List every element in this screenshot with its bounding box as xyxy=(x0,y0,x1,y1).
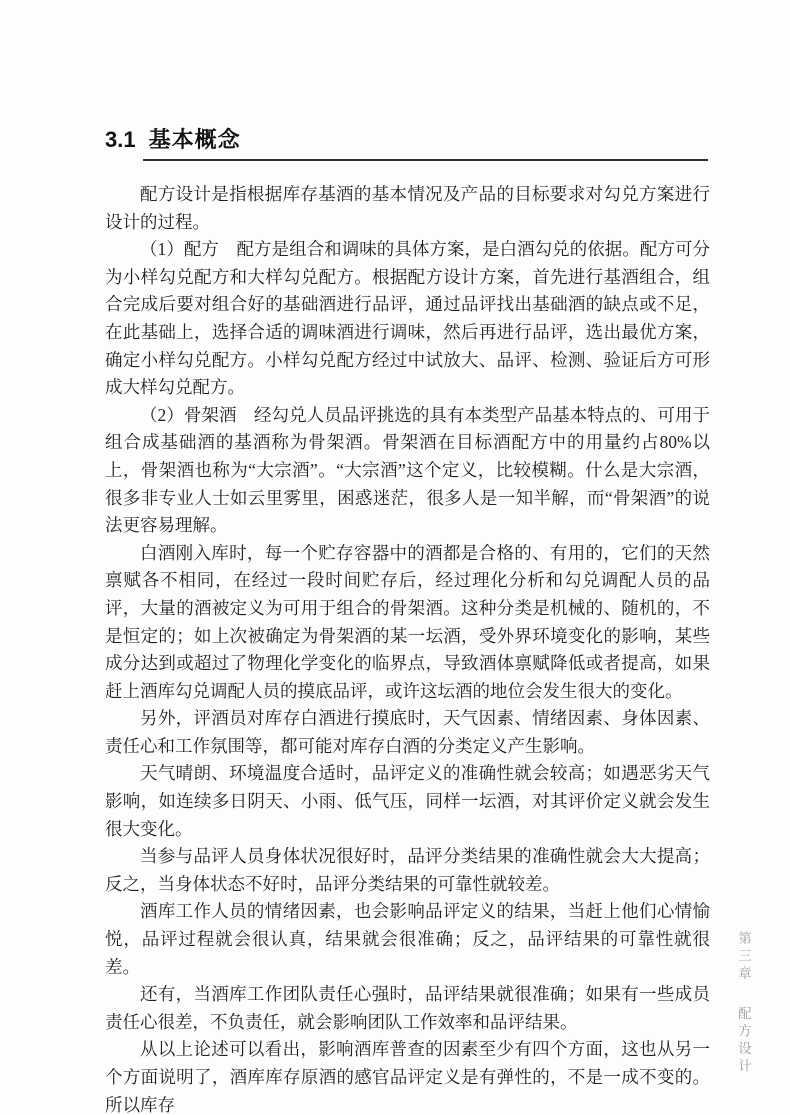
section-heading: 3.1基本概念 xyxy=(105,127,241,153)
paragraph-recipe: （1）配方 配方是组合和调味的具体方案，是白酒勾兑的依据。配方可分为小样勾兑配方… xyxy=(105,236,710,402)
book-page: 3.1基本概念 配方设计是指根据库存基酒的基本情况及产品的目标要求对勾兑方案进行… xyxy=(0,0,790,1115)
sidebar-chapter-number: 第三章 xyxy=(736,931,751,984)
paragraph-skeleton-liquor: （2）骨架酒 经勾兑人员品评挑选的具有本类型产品基本特点的、可用于组合成基础酒的… xyxy=(105,402,710,540)
paragraph-weather: 天气晴朗、环境温度合适时，品评定义的准确性就会较高；如遇恶劣天气影响，如连续多日… xyxy=(105,760,710,843)
paragraph-mood: 酒库工作人员的情绪因素，也会影响品评定义的结果，当赶上他们心情愉悦，品评过程就会… xyxy=(105,898,710,981)
chapter-sidebar: 第三章 配方设计 xyxy=(733,931,753,1076)
section-number: 3.1 xyxy=(105,127,136,152)
paragraph-storage: 白酒刚入库时，每一个贮存容器中的酒都是合格的、有用的，它们的天然禀赋各不相同，在… xyxy=(105,540,710,706)
paragraph-conclusion: 从以上论述可以看出，影响酒库普查的因素至少有四个方面，这也从另一个方面说明了，酒… xyxy=(105,1036,710,1115)
heading-rule xyxy=(143,159,708,161)
paragraph-intro: 配方设计是指根据库存基酒的基本情况及产品的目标要求对勾兑方案进行设计的过程。 xyxy=(105,181,710,236)
paragraph-factors: 另外，评酒员对库存白酒进行摸底时，天气因素、情绪因素、身体因素、责任心和工作氛围… xyxy=(105,705,710,760)
sidebar-chapter-title: 配方设计 xyxy=(736,1006,751,1076)
body-text: 配方设计是指根据库存基酒的基本情况及产品的目标要求对勾兑方案进行设计的过程。 （… xyxy=(105,181,710,1115)
paragraph-health: 当参与品评人员身体状况很好时，品评分类结果的准确性就会大大提高；反之，当身体状态… xyxy=(105,843,710,898)
paragraph-responsibility: 还有，当酒库工作团队责任心强时，品评结果就很准确；如果有一些成员责任心很差，不负… xyxy=(105,981,710,1036)
section-title: 基本概念 xyxy=(149,127,241,152)
